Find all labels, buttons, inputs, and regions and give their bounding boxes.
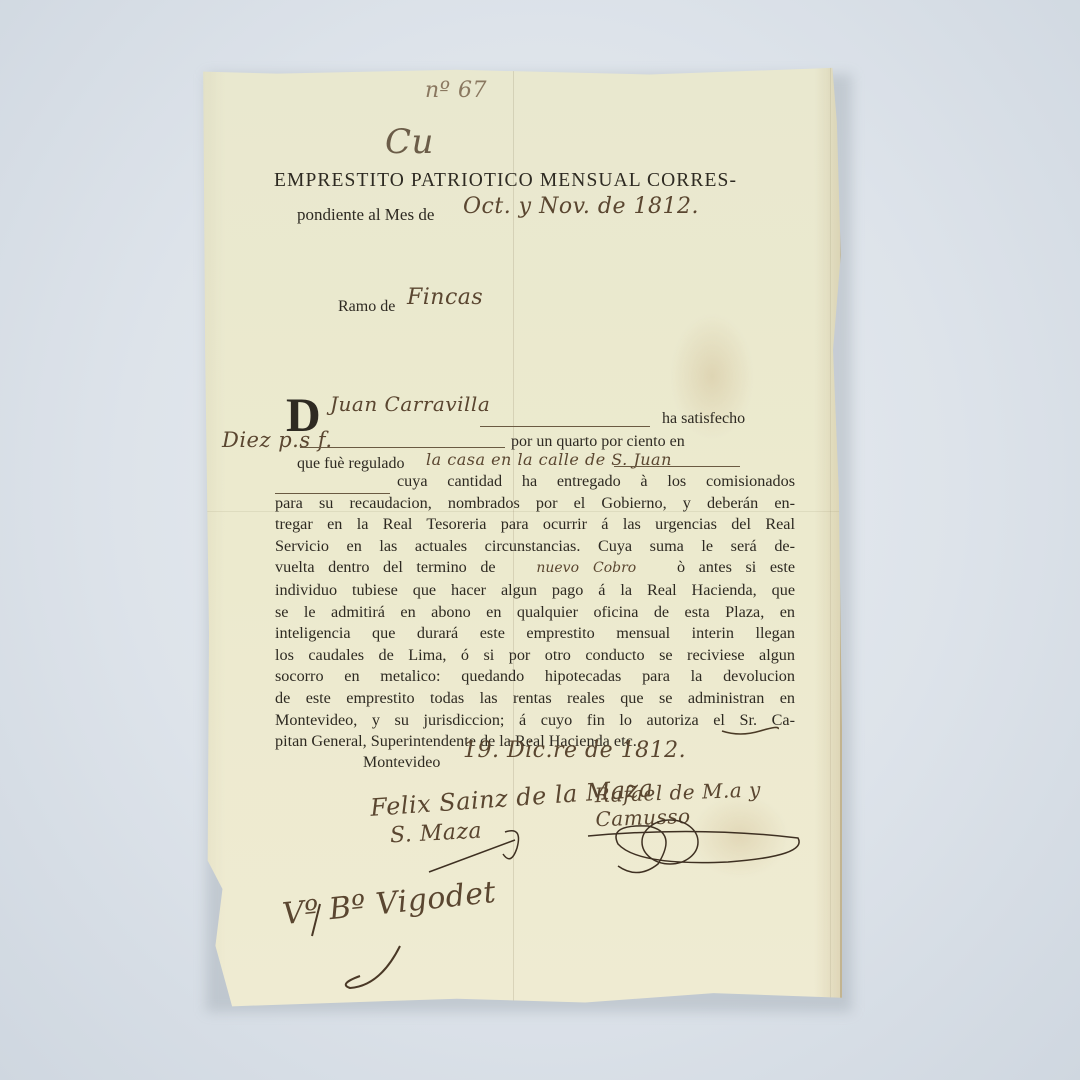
pen-flourish bbox=[720, 721, 780, 741]
month-value: Oct. y Nov. de 1812. bbox=[463, 194, 699, 219]
body-line: los caudales de Lima, ó si por otro cond… bbox=[275, 645, 795, 667]
date-value: 19. Dic.re de 1812. bbox=[463, 738, 686, 763]
amount-value: Diez p.s f. bbox=[222, 428, 333, 452]
reference-number: nº 67 bbox=[425, 78, 487, 103]
body-line: inteligencia que durará este emprestito … bbox=[275, 623, 795, 645]
body-line: para su recaudacion, nombrados por el Go… bbox=[275, 493, 795, 515]
signature-bottom-flourish bbox=[300, 896, 420, 996]
payer-name: Juan Carravilla bbox=[330, 392, 490, 416]
term-value: nuevo Cobro bbox=[536, 560, 636, 576]
month-label: pondiente al Mes de bbox=[297, 205, 434, 225]
body-line: individuo tubiese que hacer algun pago á… bbox=[275, 580, 795, 602]
fill-line bbox=[300, 447, 505, 448]
body-line-term: vuelta dentro del termino de nuevo Cobro… bbox=[275, 557, 795, 580]
body-line: Montevideo, y su jurisdiccion; á cuyo fi… bbox=[275, 710, 795, 732]
body-line: se le admitirá en abono en qualquier ofi… bbox=[275, 602, 795, 624]
body-line: socorro en metalico: quedando hipotecada… bbox=[275, 666, 795, 688]
body-line: Servicio en las actuales circunstancias.… bbox=[275, 536, 795, 558]
initials-mark: Cu bbox=[385, 122, 434, 162]
term-tail: ò antes si este bbox=[677, 558, 795, 576]
place-label: Montevideo bbox=[363, 754, 440, 772]
term-label: vuelta dentro del termino de bbox=[275, 558, 496, 576]
ramo-label: Ramo de bbox=[338, 298, 395, 316]
ramo-value: Fincas bbox=[407, 285, 483, 310]
quarto-label: por un quarto por ciento en bbox=[511, 433, 685, 451]
fill-line bbox=[480, 426, 650, 427]
satisfecho-label: ha satisfecho bbox=[662, 410, 745, 428]
body-line: cuya cantidad ha entregado à los comisio… bbox=[275, 471, 795, 493]
body-line: tregar en la Real Tesoreria para ocurrir… bbox=[275, 514, 795, 536]
fill-line bbox=[614, 466, 740, 467]
signature-rubric bbox=[578, 796, 818, 886]
body-paragraph: cuya cantidad ha entregado à los comisio… bbox=[275, 471, 795, 753]
signature-flourish bbox=[425, 826, 535, 876]
fold-crease bbox=[830, 66, 831, 1012]
body-line: de este emprestito todas las rentas real… bbox=[275, 688, 795, 710]
document-title: EMPRESTITO PATRIOTICO MENSUAL CORRES- bbox=[274, 170, 737, 192]
document-sheet: nº 67 Cu EMPRESTITO PATRIOTICO MENSUAL C… bbox=[200, 66, 842, 1012]
